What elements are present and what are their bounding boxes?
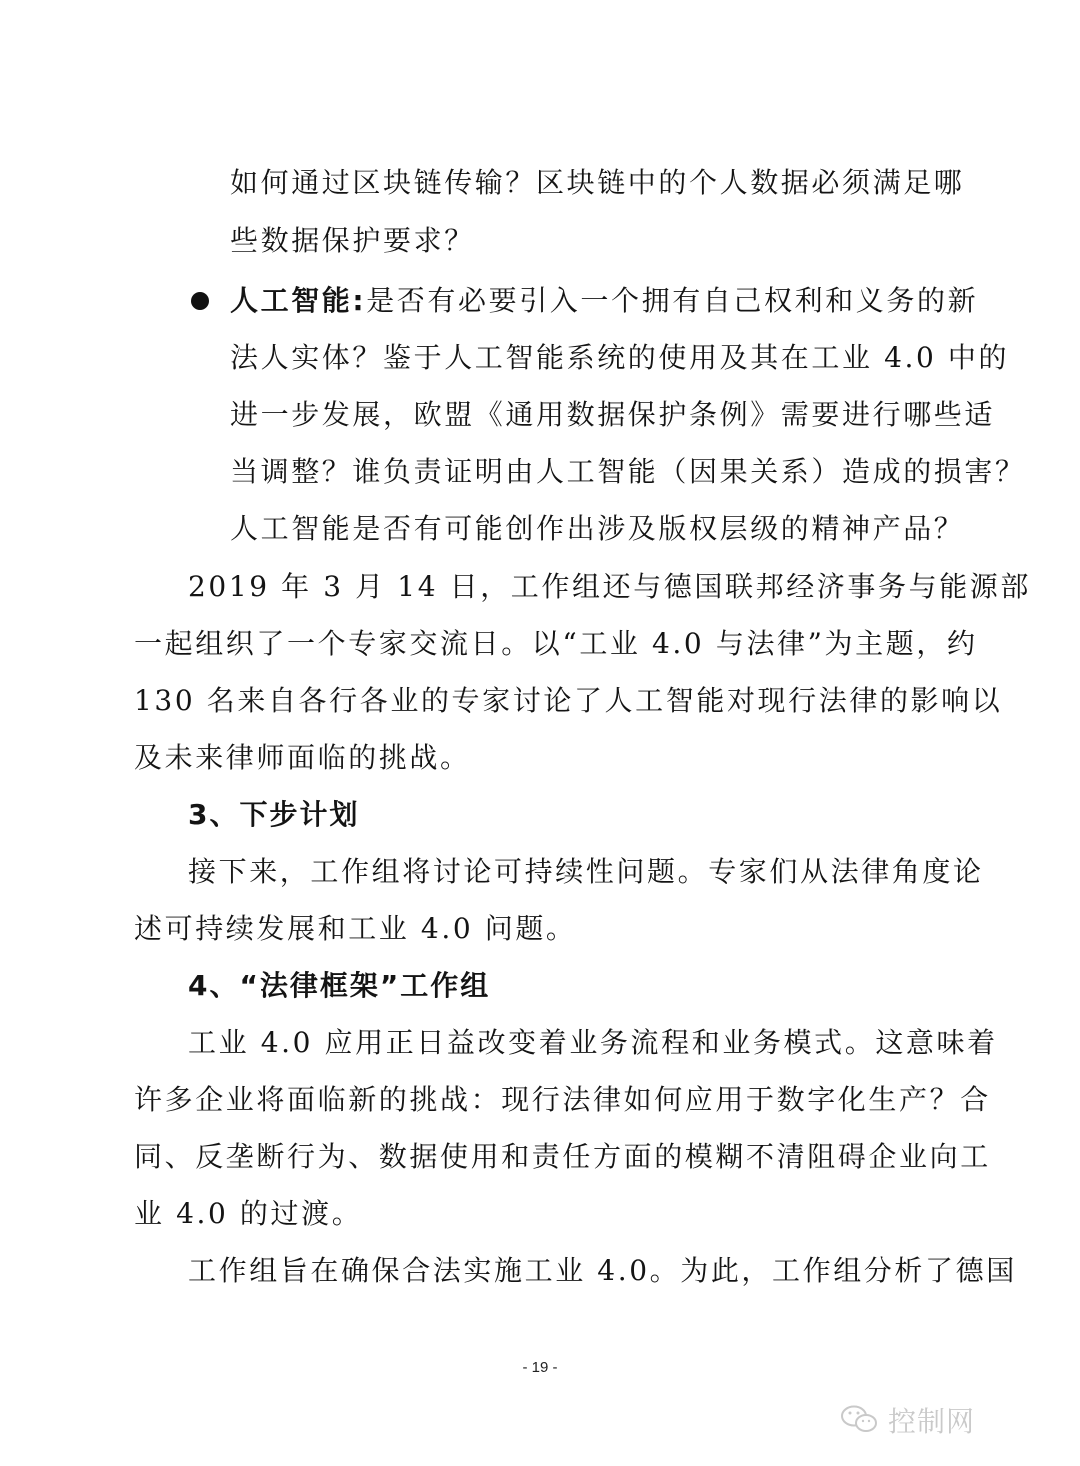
page-number: - 19 - [0, 1359, 1080, 1376]
text-line: 接下来，工作组将讨论可持续性问题。专家们从法律角度论 [188, 854, 984, 890]
text-line: 工业 4.0 应用正日益改变着业务流程和业务模式。这意味着 [188, 1025, 998, 1061]
text-line: 及未来律师面临的挑战。 [134, 740, 471, 776]
text-line: 述可持续发展和工业 4.0 问题。 [134, 911, 577, 947]
watermark-text: 控制网 [888, 1400, 975, 1440]
text-line: 工作组旨在确保合法实施工业 4.0。为此，工作组分析了德国 [188, 1253, 1017, 1289]
text-line: 如何通过区块链传输？区块链中的个人数据必须满足哪 [230, 165, 964, 201]
text-line: 人工智能是否有可能创作出涉及版权层级的精神产品？ [230, 511, 964, 547]
section-heading: 4、“法律框架”工作组 [188, 968, 490, 1004]
text-line: 同、反垄断行为、数据使用和责任方面的模糊不清阻碍企业向工 [134, 1139, 991, 1175]
text-line: 些数据保护要求？ [230, 223, 475, 259]
section-heading: 3、下步计划 [188, 797, 359, 833]
ai-item-label: 人工智能: [230, 284, 366, 317]
text-line: 130 名来自各行各业的专家讨论了人工智能对现行法律的影响以 [134, 683, 1002, 719]
wechat-icon [840, 1404, 880, 1436]
text-line: 2019 年 3 月 14 日，工作组还与德国联邦经济事务与能源部 [188, 569, 1031, 605]
text-line: 许多企业将面临新的挑战：现行法律如何应用于数字化生产？合 [134, 1082, 991, 1118]
text-line: 法人实体？鉴于人工智能系统的使用及其在工业 4.0 中的 [230, 340, 1009, 376]
bullet-icon [191, 292, 209, 310]
text-line: 进一步发展，欧盟《通用数据保护条例》需要进行哪些适 [230, 397, 995, 433]
text-line: 一起组织了一个专家交流日。以“工业 4.0 与法律”为主题，约 [134, 626, 978, 662]
ai-item-text: 是否有必要引入一个拥有自己权利和义务的新 [366, 284, 978, 317]
text-line: 业 4.0 的过渡。 [134, 1196, 362, 1232]
document-page: 如何通过区块链传输？区块链中的个人数据必须满足哪 些数据保护要求？ 人工智能:是… [0, 0, 1080, 1466]
watermark: 控制网 [840, 1400, 975, 1440]
ai-item-first-line: 人工智能:是否有必要引入一个拥有自己权利和义务的新 [230, 283, 978, 319]
text-line: 当调整？谁负责证明由人工智能（因果关系）造成的损害？ [230, 454, 1026, 490]
